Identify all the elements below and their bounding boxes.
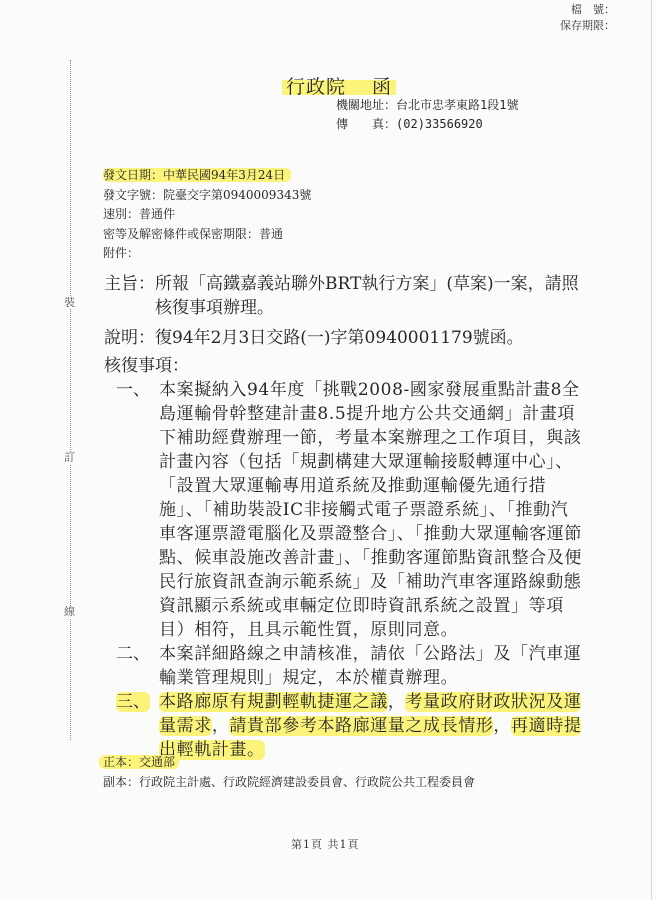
binding-char-ding: 訂 [64,452,75,464]
header-meta: 檔 號： 保存期限： [545,2,615,34]
highlight-segment: 請貴部參考本路廊運量之成長情形 [229,716,493,736]
issue-date: 發文日期：中華民國94年3月24日 [103,168,291,182]
address-value: 台北市忠孝東路1段1號 [396,98,518,112]
comma: ， [493,716,511,736]
subject-text: 所報「高鐵嘉義站聯外BRT執行方案」(草案)一案，請照核復事項辦理。 [155,272,584,320]
comma: ， [212,716,230,736]
item-number: 三、 [116,692,150,712]
reply-item: 二、 本案詳細路線之申請核准，請依「公路法」及「汽車運輸業管理規則」規定，本於權… [116,642,584,690]
items-heading: 核復事項： [104,354,584,378]
attachment: 附件： [103,244,311,264]
item-number: 二、 [116,642,159,690]
explanation: 說明：復94年2月3日交路(一)字第0940001179號函。 [104,326,584,350]
item-text: 本案詳細路線之申請核准，請依「公路法」及「汽車運輸業管理規則」規定，本於權責辦理… [159,642,584,690]
agency-name: 行政院 [286,76,346,98]
binding-line [70,60,71,740]
highlight-segment: 本路廊原有規劃輕軌捷運之議 [159,692,388,712]
page-edge [651,0,652,900]
recipients: 正本：交通部 副本：行政院主計處、行政院經濟建設委員會、行政院公共工程委員會 [103,752,475,792]
file-no-label: 檔 號： [545,2,615,18]
fax-label: 傳 真： [336,117,396,131]
fax-value: (02)33566920 [396,117,483,131]
address-label: 機關地址： [336,98,396,112]
reply-item: 一、 本案擬納入94年度「挑戰2008-國家發展重點計畫8全島運輸骨幹整建計畫8… [116,378,584,642]
issue-info: 發文日期：中華民國94年3月24日 發文字號：院臺交字第0940009343號 … [103,166,311,264]
item-text: 本案擬納入94年度「挑戰2008-國家發展重點計畫8全島運輸骨幹整建計畫8.5提… [159,378,584,642]
doc-number: 發文字號：院臺交字第0940009343號 [103,186,311,206]
speed: 速別：普通件 [103,205,311,225]
binding-char-xian: 線 [64,606,75,618]
comma: ， [388,692,406,712]
classification: 密等及解密條件或保密期限：普通 [103,225,311,245]
page-number: 第1頁 共1頁 [291,836,360,852]
subject: 主旨： 所報「高鐵嘉義站聯外BRT執行方案」(草案)一案，請照核復事項辦理。 [104,272,584,320]
document-title: 行政院函 [282,72,396,99]
retention-label: 保存期限： [545,18,615,34]
item-number: 一、 [116,378,159,642]
agency-contact: 機關地址：台北市忠孝東路1段1號 傳 真：(02)33566920 [336,96,518,134]
main-recipient: 正本：交通部 [99,755,179,769]
subject-label: 主旨： [104,272,155,320]
binding-char-zhuang: 裝 [64,297,75,309]
doc-type: 函 [372,76,392,98]
cc-recipients: 副本：行政院主計處、行政院經濟建設委員會、行政院公共工程委員會 [103,772,475,792]
letter-body: 主旨： 所報「高鐵嘉義站聯外BRT執行方案」(草案)一案，請照核復事項辦理。 說… [104,272,584,762]
